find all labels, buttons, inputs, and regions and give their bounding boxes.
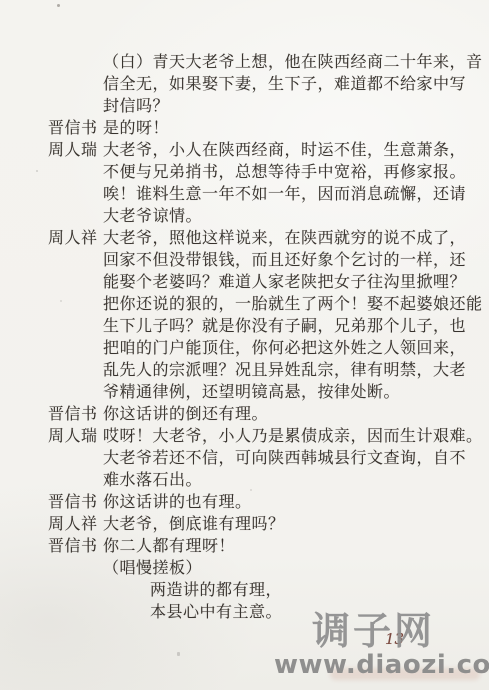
dialogue-line: 你这话讲的也有理。 [103, 491, 252, 513]
dialogue-line: 大老爷，照他这样说来，在陕西就穷的说不成了， [103, 227, 466, 249]
dialogue-line: 不便与兄弟捎书，总想等待手中宽裕，再修家报。 [103, 161, 466, 183]
verse-row: 两造讲的都有理， [0, 579, 489, 601]
speaker-name: 晋信书 [48, 403, 103, 425]
verse-line: 两造讲的都有理， [150, 579, 282, 601]
dialogue-row: 把咱的门户能顶住，你何必把这外姓之人领回来， [0, 337, 489, 359]
dialogue-line: 你这话讲的倒还有理。 [103, 403, 268, 425]
dialogue-line: 大老爷，倒底谁有理吗？ [103, 513, 285, 535]
dialogue-row: 把你还说的狠的，一胎就生了两个！娶不起婆娘还能 [0, 293, 489, 315]
dialogue-line: 信全无，如果娶下妻，生下子，难道都不给家中写 [103, 73, 466, 95]
dialogue-line: 把你还说的狠的，一胎就生了两个！娶不起婆娘还能 [103, 293, 483, 315]
dialogue-line: 唉！谁料生意一年不如一年，因而消息疏懈，还请 [103, 183, 466, 205]
watermark-site-url: www.diaozi.com [274, 651, 489, 679]
scan-noise-speck [36, 170, 38, 172]
dialogue-row: 晋信书 是的呀！ [0, 117, 489, 139]
dialogue-line: （白）青天大老爷上想，他在陕西经商二十年来，音 [103, 51, 483, 73]
dialogue-line: 封信吗？ [103, 95, 169, 117]
speaker-name: 晋信书 [48, 535, 103, 557]
dialogue-row: 生下儿子吗？就是你没有子嗣，兄弟那个儿子，也 [0, 315, 489, 337]
dialogue-row: 唉！谁料生意一年不如一年，因而消息疏懈，还请 [0, 183, 489, 205]
dialogue-line: 爷精通律例，还望明镜高悬，按律处断。 [103, 381, 400, 403]
scan-noise-speck [57, 4, 60, 7]
dialogue-row: 难水落石出。 [0, 469, 489, 491]
dialogue-row: 乱先人的宗派哩？况且异姓乱宗，律有明禁，大老 [0, 359, 489, 381]
dialogue-line: 大老爷谅情。 [103, 205, 202, 227]
dialogue-line: 你二人都有理呀！ [103, 535, 235, 557]
dialogue-line: 能娶个老婆吗？难道人家老陕把女子往沟里掀哩？ [103, 271, 466, 293]
scan-noise-speck [60, 300, 62, 302]
dialogue-row: 回家不但没带银钱，而且还好象个乞讨的一样，还 [0, 249, 489, 271]
speaker-name: 周人瑞 [48, 425, 103, 447]
stage-direction-row: （唱慢搓板） [0, 557, 489, 579]
verse-line: 本县心中有主意。 [150, 601, 282, 623]
dialogue-row: 能娶个老婆吗？难道人家老陕把女子往沟里掀哩？ [0, 271, 489, 293]
dialogue-row: 周人瑞 哎呀！大老爷，小人乃是累债成亲，因而生计艰难。 [0, 425, 489, 447]
dialogue-line: 是的呀！ [103, 117, 169, 139]
dialogue-row: 信全无，如果娶下妻，生下子，难道都不给家中写 [0, 73, 489, 95]
dialogue-row: 晋信书 你二人都有理呀！ [0, 535, 489, 557]
dialogue-row: 晋信书 你这话讲的倒还有理。 [0, 403, 489, 425]
dialogue-row: 大老爷若还不信，可向陕西韩城县行文查询，自不 [0, 447, 489, 469]
dialogue-row: 周人祥 大老爷，照他这样说来，在陕西就穷的说不成了， [0, 227, 489, 249]
dialogue-line: 难水落石出。 [103, 469, 202, 491]
dialogue-row: 周人瑞 大老爷，小人在陕西经商，时运不佳，生意萧条， [0, 139, 489, 161]
dialogue-row: 封信吗？ [0, 95, 489, 117]
stage-direction: （唱慢搓板） [103, 557, 202, 579]
dialogue-line: 大老爷若还不信，可向陕西韩城县行文查询，自不 [103, 447, 466, 469]
dialogue-line: 大老爷，小人在陕西经商，时运不佳，生意萧条， [103, 139, 466, 161]
dialogue-row: 爷精通律例，还望明镜高悬，按律处断。 [0, 381, 489, 403]
dialogue-row: 大老爷谅情。 [0, 205, 489, 227]
dialogue-line: 哎呀！大老爷，小人乃是累债成亲，因而生计艰难。 [103, 425, 483, 447]
scan-noise-speck [250, 489, 252, 491]
dialogue-line: 生下儿子吗？就是你没有子嗣，兄弟那个儿子，也 [103, 315, 466, 337]
watermark-site-name: 调子网 [312, 612, 435, 650]
scanned-book-page: （白）青天大老爷上想，他在陕西经商二十年来，音 信全无，如果娶下妻，生下子，难道… [0, 0, 489, 690]
scan-noise-speck [177, 652, 180, 656]
dialogue-line: 把咱的门户能顶住，你何必把这外姓之人领回来， [103, 337, 466, 359]
dialogue-line: 回家不但没带银钱，而且还好象个乞讨的一样，还 [103, 249, 466, 271]
speaker-name: 周人瑞 [48, 139, 103, 161]
dialogue-line: 乱先人的宗派哩？况且异姓乱宗，律有明禁，大老 [103, 359, 466, 381]
script-text-block: （白）青天大老爷上想，他在陕西经商二十年来，音 信全无，如果娶下妻，生下子，难道… [0, 51, 489, 623]
dialogue-row: 不便与兄弟捎书，总想等待手中宽裕，再修家报。 [0, 161, 489, 183]
dialogue-row: 晋信书 你这话讲的也有理。 [0, 491, 489, 513]
speaker-name: 晋信书 [48, 491, 103, 513]
speaker-name: 周人祥 [48, 513, 103, 535]
dialogue-row: 周人祥 大老爷，倒底谁有理吗？ [0, 513, 489, 535]
speaker-name: 周人祥 [48, 227, 103, 249]
dialogue-row: （白）青天大老爷上想，他在陕西经商二十年来，音 [0, 51, 489, 73]
speaker-name: 晋信书 [48, 117, 103, 139]
